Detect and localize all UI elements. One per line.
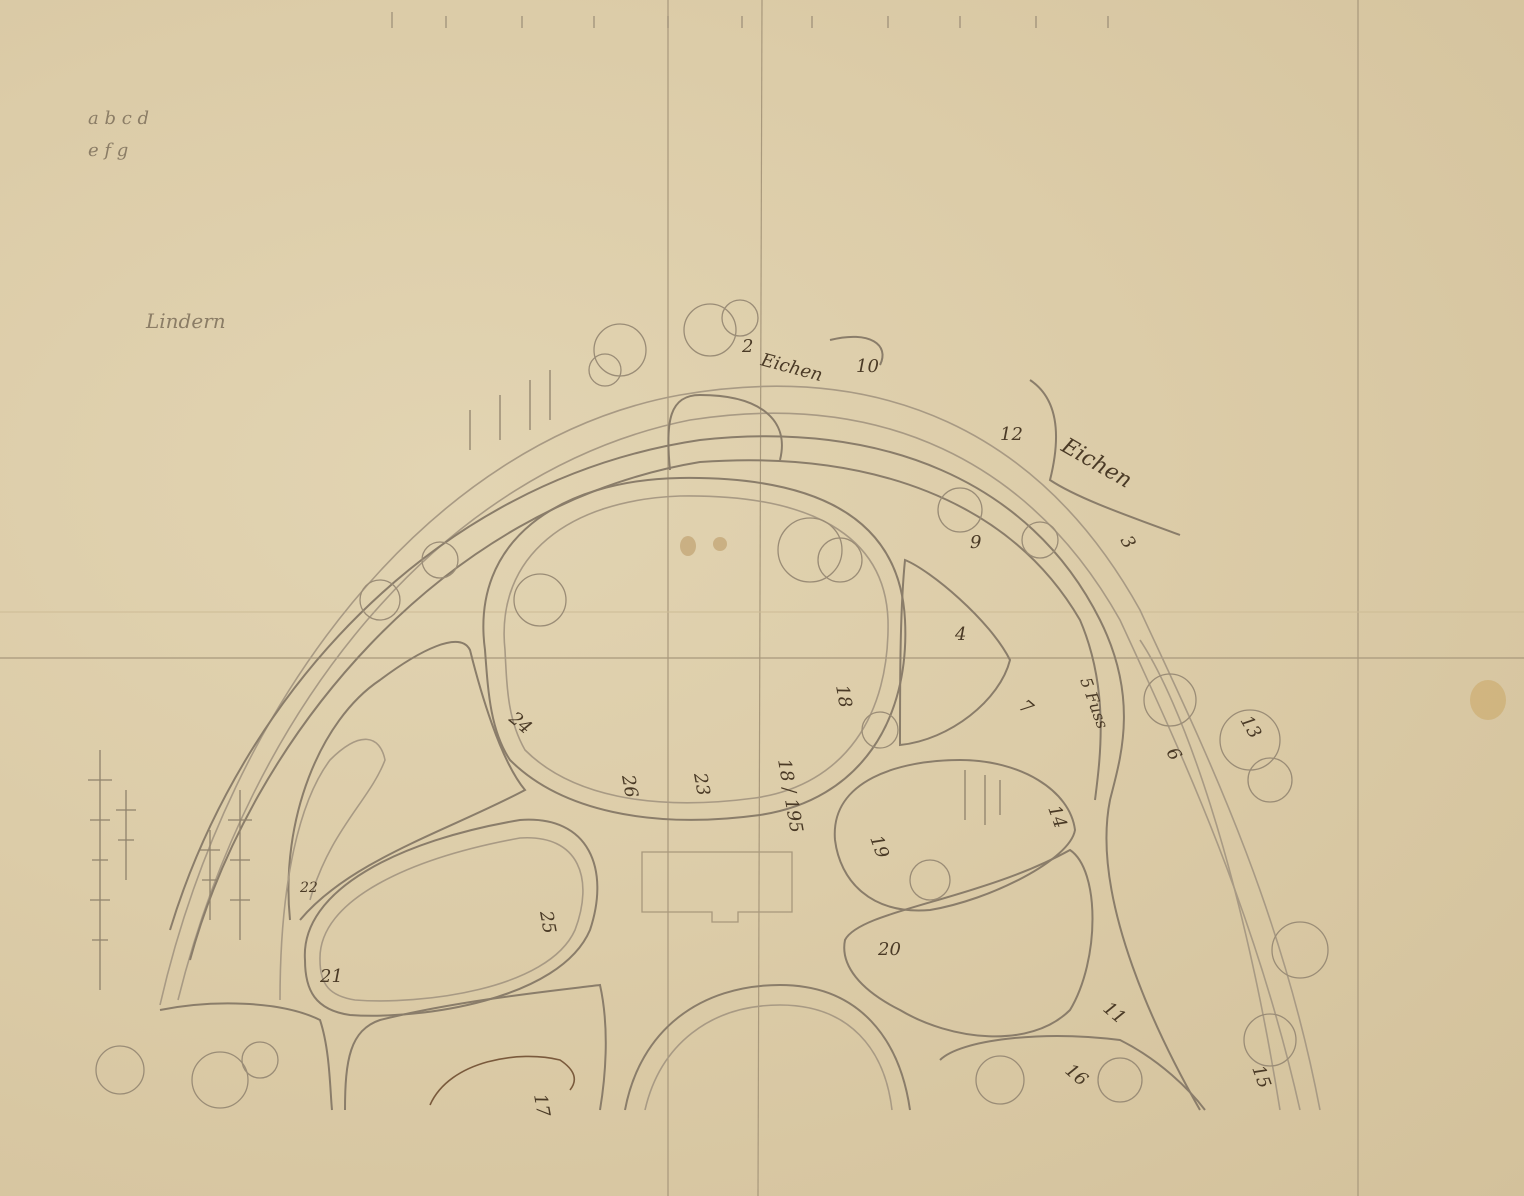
fold-lines [0, 0, 1524, 1196]
area-label: 3 [1116, 532, 1140, 552]
area-label: 20 [877, 939, 901, 960]
conifer-rows [88, 370, 1000, 990]
area-label: 21 [319, 966, 343, 987]
legend-line-2: e f g [88, 140, 128, 161]
area-label: 22 [299, 880, 318, 896]
annotation-eichen-right: Eichen [1056, 433, 1136, 494]
roads [160, 337, 1320, 1110]
area-label: 15 [1247, 1063, 1275, 1092]
area-labels: 2 3 4 6 7 9 10 11 12 13 14 15 16 17 18 1… [299, 336, 1275, 1119]
annotation-eichen-top: Eichen [758, 349, 825, 386]
area-label: 6 [1162, 744, 1186, 764]
area-label: 25 [535, 908, 560, 935]
area-label: 2 [741, 336, 753, 357]
annotation-fuss: 5 Fuss [1076, 675, 1112, 731]
area-label: 18 / 195 [773, 757, 807, 834]
area-label: 26 [617, 772, 642, 799]
area-label: 17 [529, 1092, 554, 1119]
area-label: 24 [504, 707, 536, 738]
house-outline [642, 852, 792, 922]
area-label: 18 [831, 683, 856, 709]
legend-line-1: a b c d [88, 108, 149, 129]
area-label: 23 [689, 770, 714, 797]
legend: a b c d e f g Lindern [88, 108, 226, 333]
area-label: 16 [1061, 1060, 1092, 1091]
area-label: 7 [1015, 696, 1038, 720]
legend-note: Lindern [145, 309, 226, 333]
area-label: 10 [856, 356, 879, 377]
area-label: 4 [954, 624, 966, 645]
area-label: 11 [1099, 998, 1130, 1029]
garden-plan: a b c d e f g Lindern Eichen Eichen 5 Fu… [0, 0, 1524, 1196]
area-label: 12 [1000, 424, 1023, 445]
scale-ticks [392, 12, 1108, 28]
area-label: 19 [865, 833, 893, 862]
area-label: 13 [1236, 712, 1266, 742]
library-stamp [1470, 680, 1506, 720]
map-sheet: a b c d e f g Lindern Eichen Eichen 5 Fu… [0, 0, 1524, 1196]
area-label: 9 [970, 532, 981, 553]
